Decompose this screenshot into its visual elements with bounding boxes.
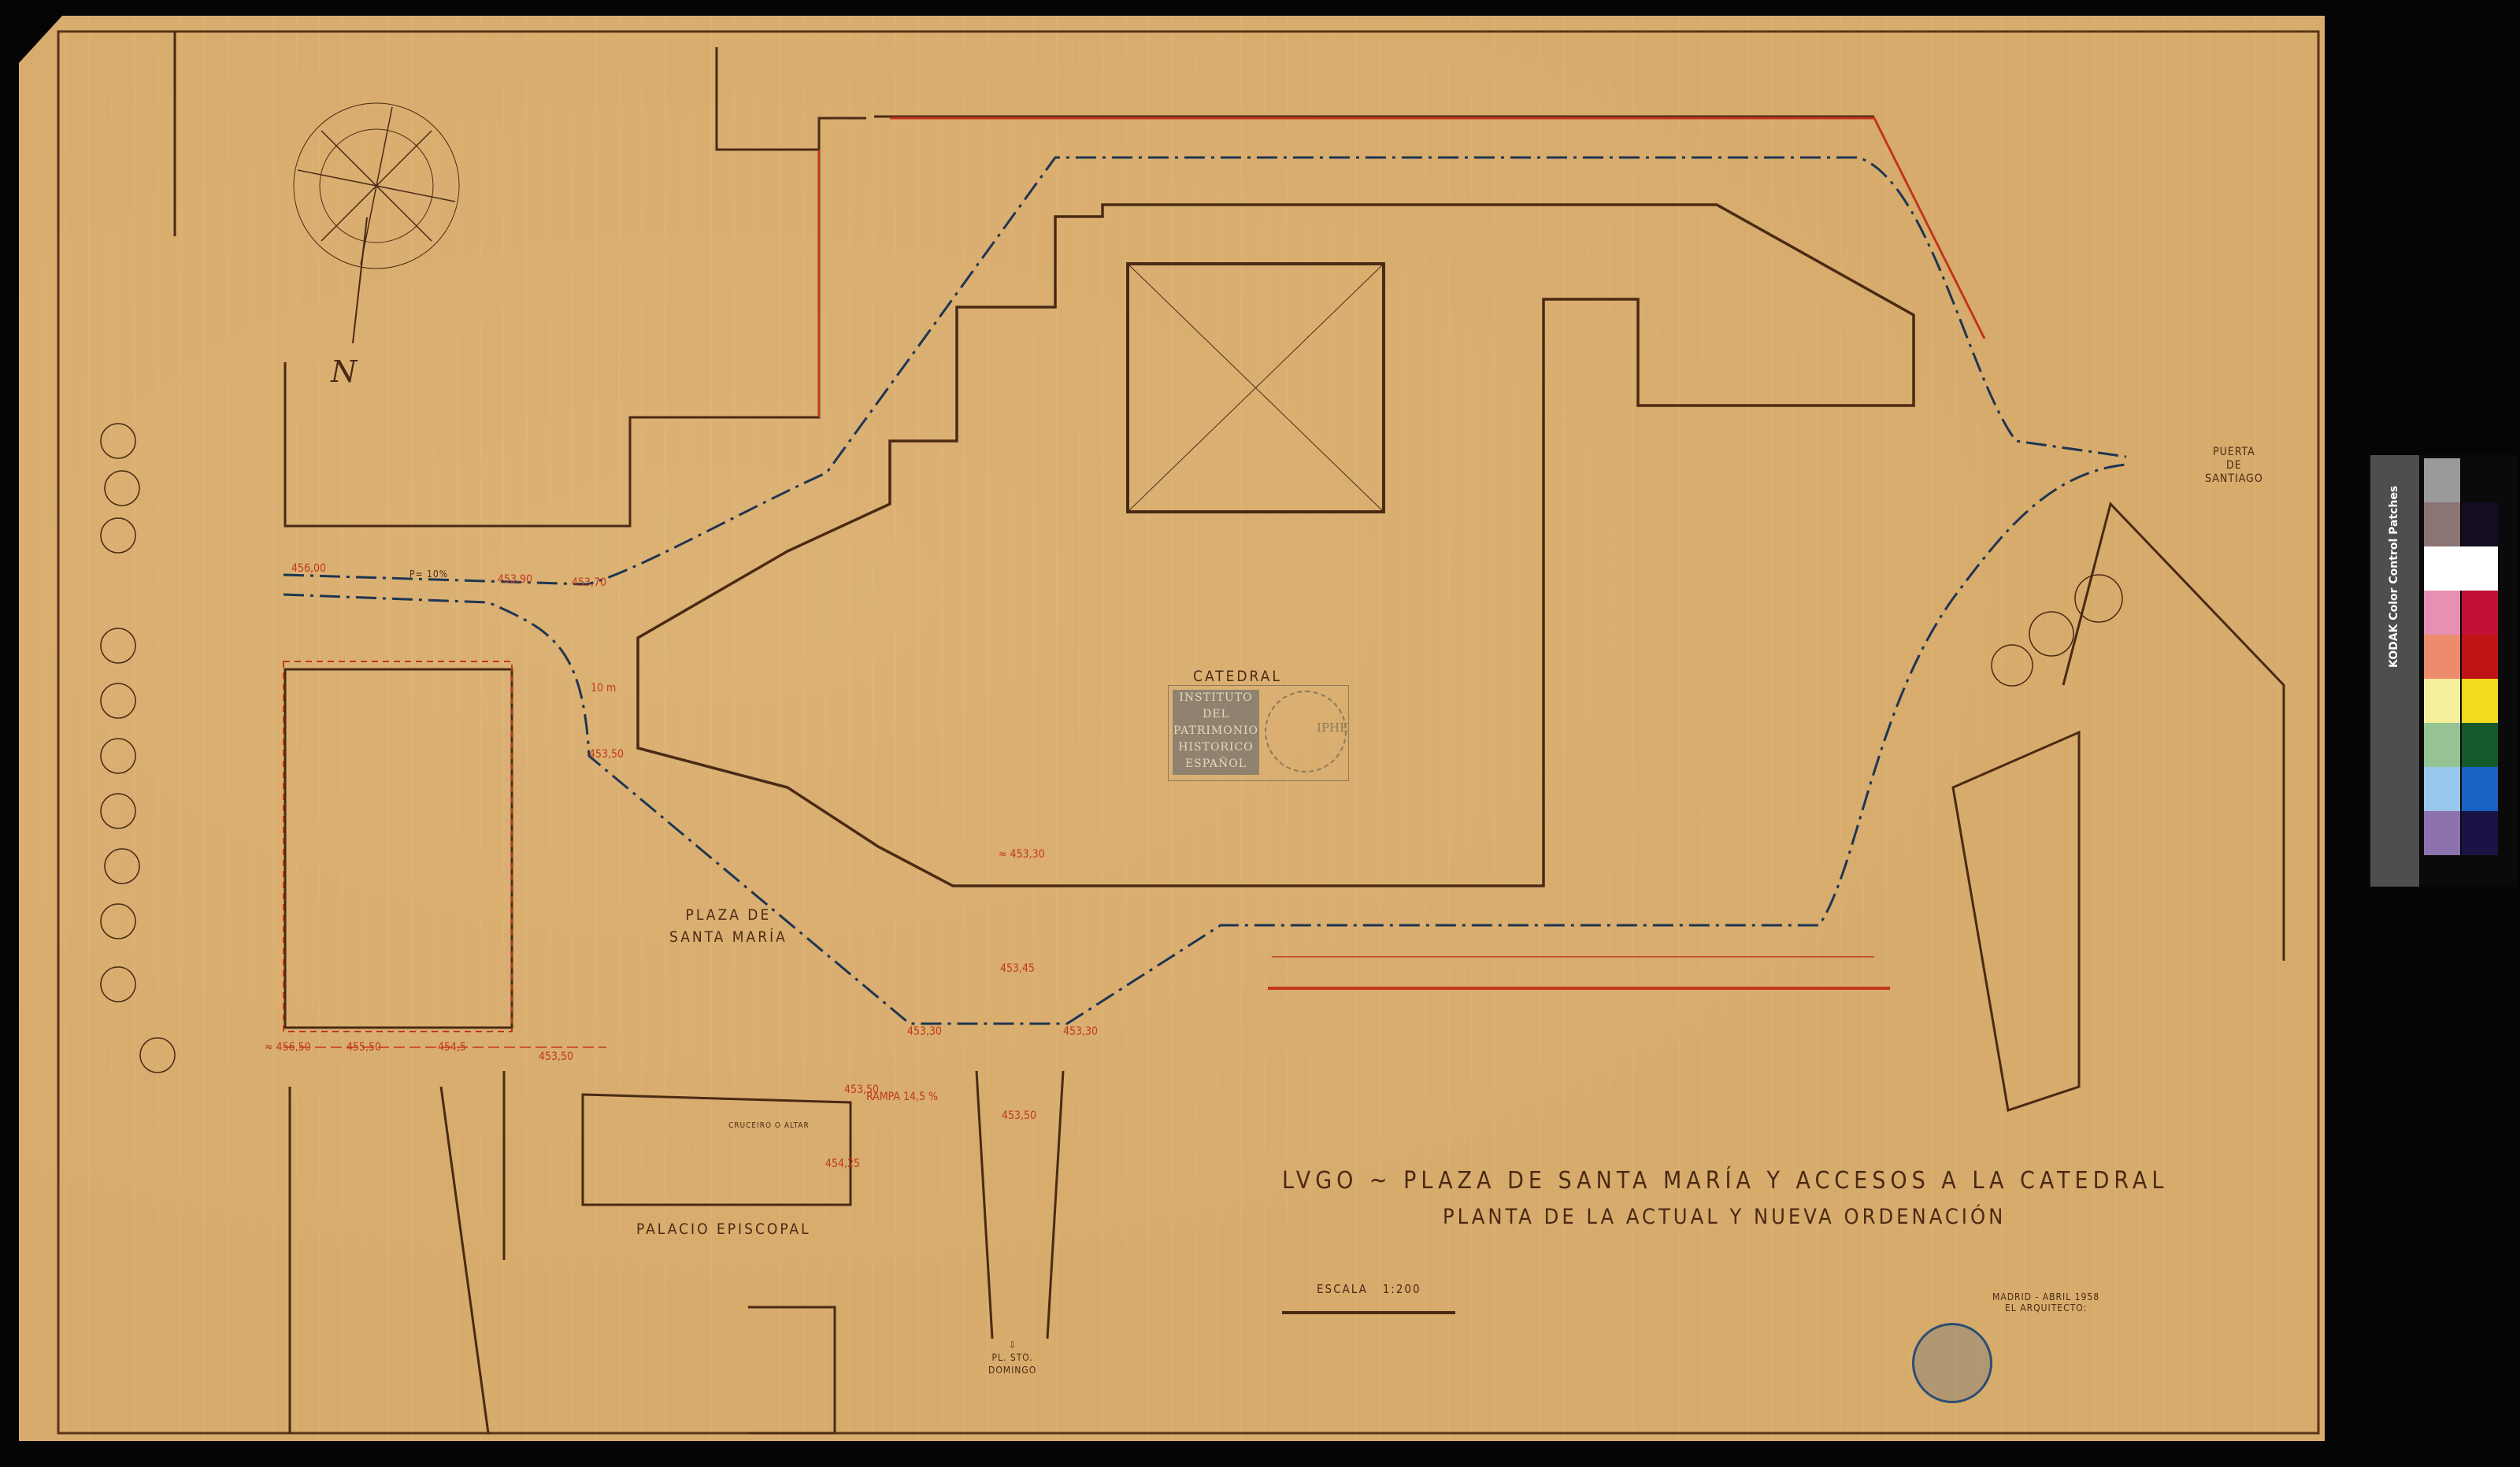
scale-label: ESCALA 1:200 [1317, 1282, 1421, 1296]
kodak-title: KODAK Color Control Patches [2388, 486, 2400, 668]
svg-text:N: N [330, 354, 358, 389]
palacio-label: PALACIO EPISCOPAL [636, 1221, 811, 1238]
plan-title: LVGO ~ PLAZA DE SANTA MARÍA Y ACCESOS A … [1282, 1167, 2168, 1195]
plan-subtitle: PLANTA DE LA ACTUAL Y NUEVA ORDENACIÓN [1443, 1205, 2006, 1229]
plaza-label: PLAZA DESANTA MARÍA [669, 904, 787, 948]
cathedral-label: CATEDRAL [1193, 668, 1282, 685]
distance-label: 10 m [591, 682, 616, 695]
kodak-color-card: KODAK Color Control Patches [2369, 455, 2517, 887]
puerta-santiago-label: PUERTADESANTIAGO [2205, 446, 2263, 486]
iphe-abbr: IPHE [1317, 721, 1348, 735]
iphe-watermark: INSTITUTODELPATRIMONIOHISTORICOESPAÑOL I… [1168, 685, 1349, 781]
santo-domingo-label: ⇩PL. STO.DOMINGO [988, 1339, 1036, 1376]
compass-rose-icon [294, 103, 459, 343]
architect-stamp [1912, 1323, 1992, 1403]
slope-label: P= 10% [409, 569, 448, 580]
cruceiro-label: CRUCEIRO O ALTAR [728, 1121, 810, 1130]
signature-block: MADRID - ABRIL 1958EL ARQUITECTO: [1992, 1291, 2099, 1313]
iphe-watermark-text: INSTITUTODELPATRIMONIOHISTORICOESPAÑOL [1173, 690, 1259, 775]
